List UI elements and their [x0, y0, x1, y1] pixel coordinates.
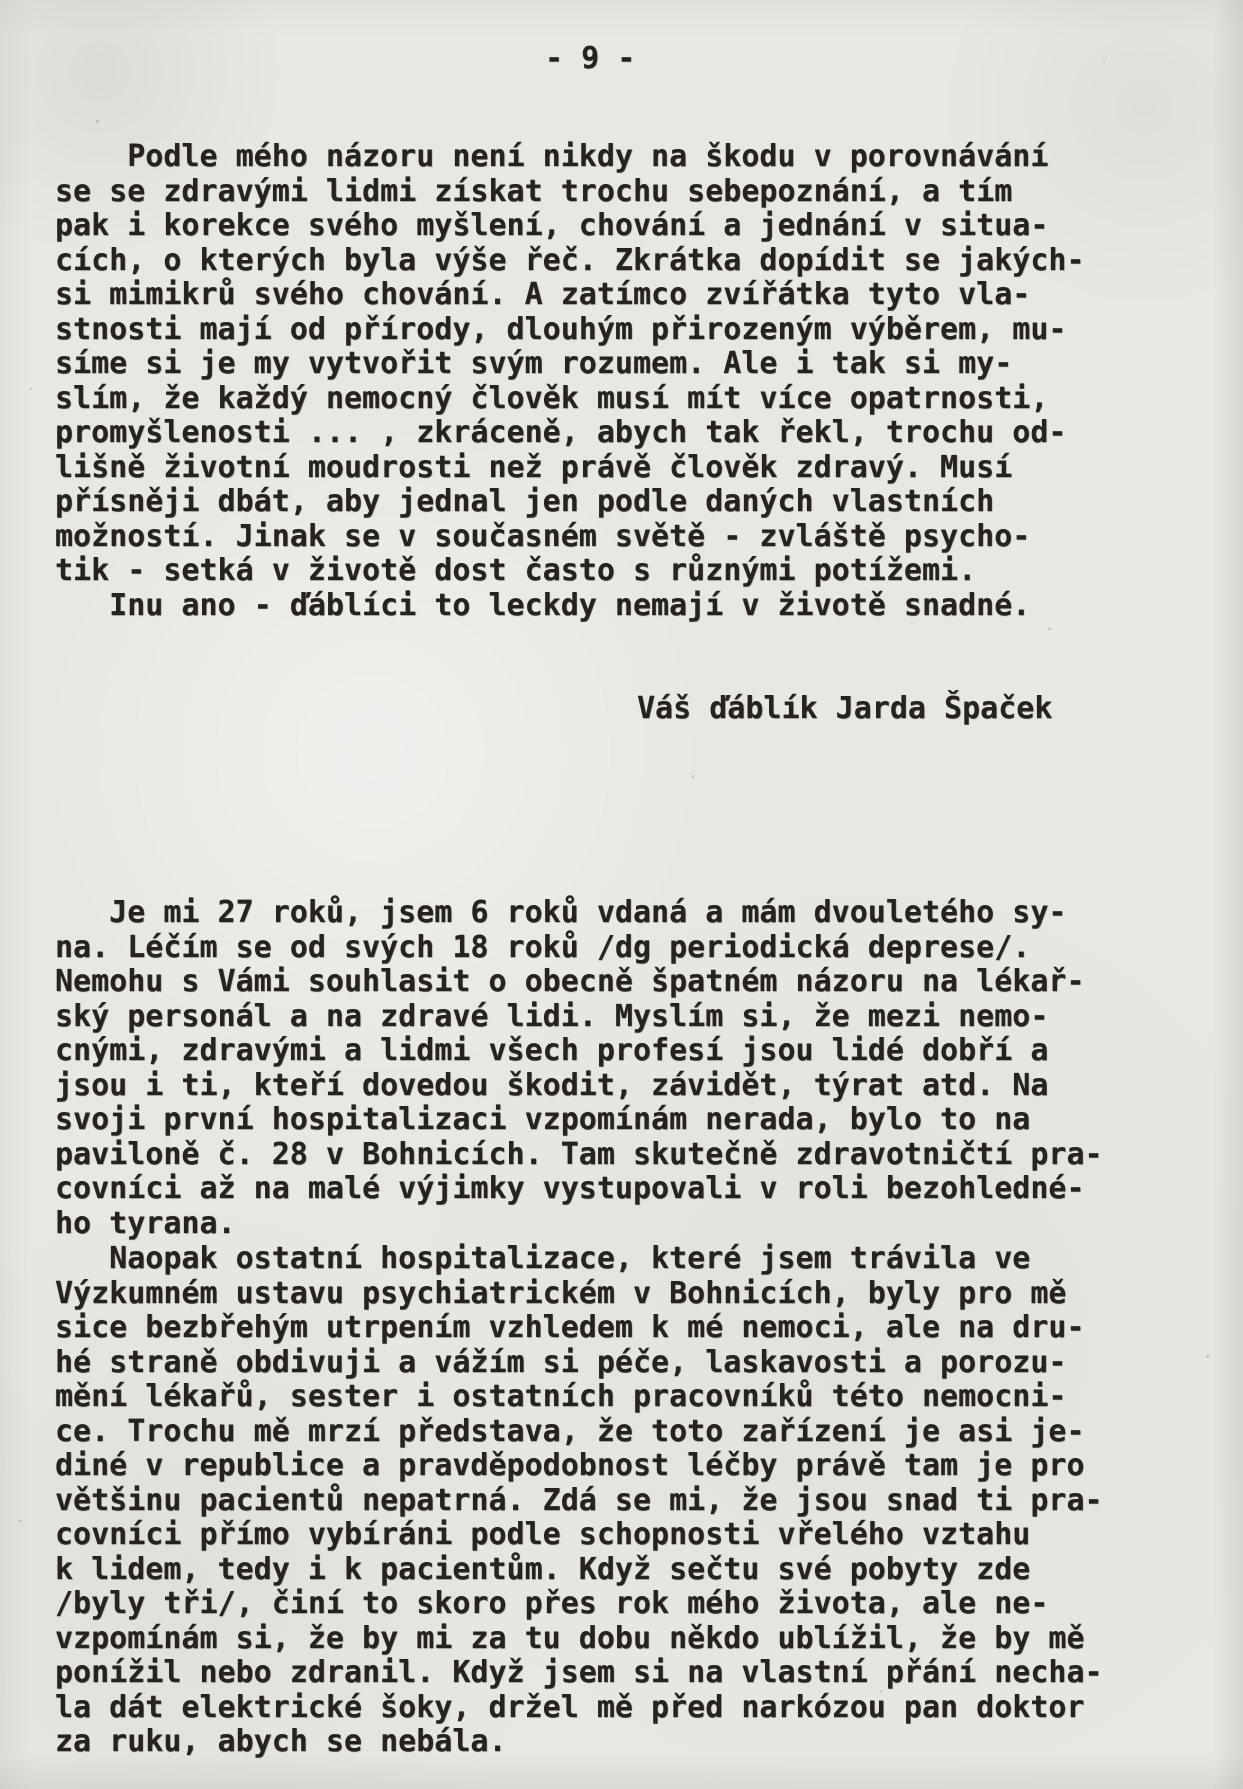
page-number: - 9 - — [545, 42, 635, 77]
scanned-typewritten-page: - 9 - Podle mého názoru není nikdy na šk… — [0, 0, 1243, 1789]
signature-line: Váš ďáblík Jarda Špaček — [637, 692, 1052, 727]
scan-speckle — [692, 775, 694, 778]
scan-speckle — [1103, 60, 1105, 62]
scan-speckle — [30, 388, 32, 390]
scan-speckle — [96, 120, 99, 123]
paragraph-reader-letter-continued: Naopak ostatní hospitalizace, které jsem… — [55, 1242, 1103, 1760]
scan-speckle — [1206, 1355, 1209, 1358]
paragraph-reader-letter-intro: Je mi 27 roků, jsem 6 roků vdaná a mám d… — [55, 896, 1103, 1241]
paragraph-opinion: Podle mého názoru není nikdy na škodu v … — [55, 140, 1085, 623]
scan-speckle — [1048, 628, 1051, 630]
scan-speckle — [18, 1520, 21, 1522]
